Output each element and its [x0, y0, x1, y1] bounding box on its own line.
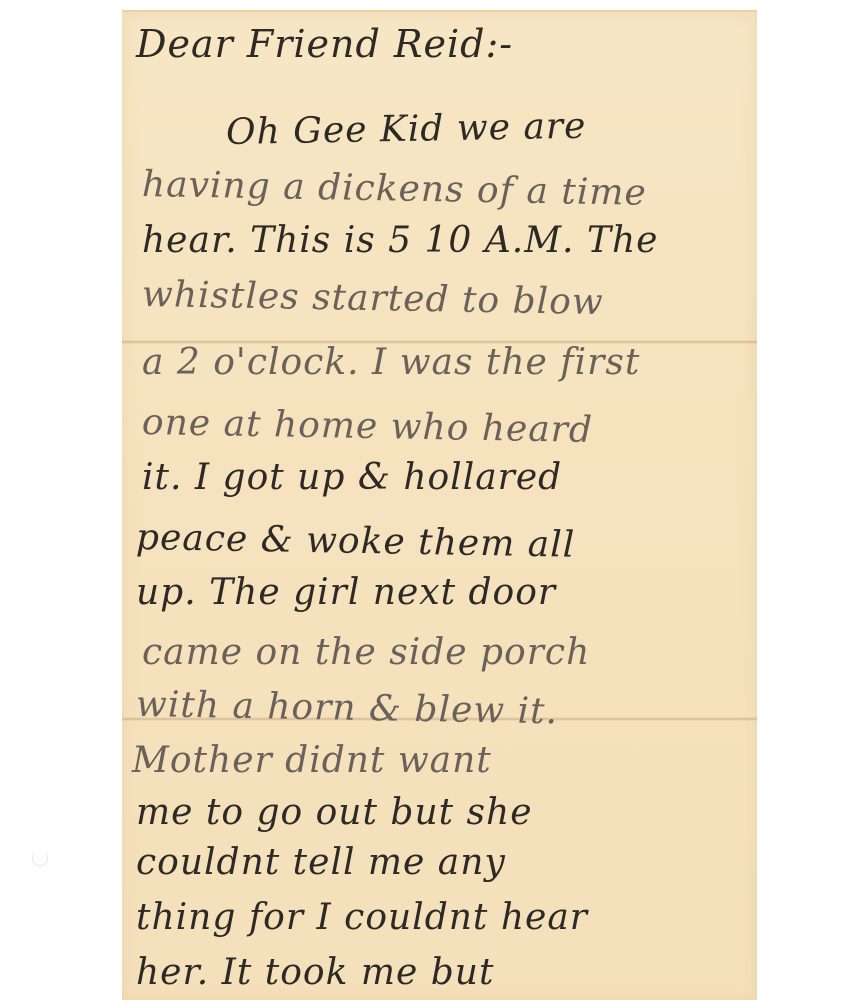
letter-salutation: Dear Friend Reid:-	[136, 22, 513, 66]
letter-line: one at home who heard	[142, 402, 594, 451]
letter-line: Mother didnt want	[132, 740, 492, 781]
letter-line: up. The girl next door	[136, 572, 556, 613]
letter-line: hear. This is 5 10 A.M. The	[142, 220, 658, 261]
letter-line: having a dickens of a time	[142, 164, 647, 214]
letter-line: it. I got up & hollared	[142, 457, 562, 498]
letter-line: me to go out but she	[136, 792, 533, 833]
letter-line: a 2 o'clock. I was the first	[142, 342, 640, 383]
letter-line: came on the side porch	[142, 632, 590, 673]
letter-line: couldnt tell me any	[136, 842, 506, 883]
letter-paper: Dear Friend Reid:- Oh Gee Kid we are hav…	[122, 10, 757, 1000]
letter-line: thing for I couldnt hear	[136, 897, 588, 938]
letter-line: peace & woke them all	[136, 517, 576, 566]
letter-line: her. It took me but	[136, 952, 494, 993]
letter-line: whistles started to blow	[142, 274, 604, 323]
letter-line: Oh Gee Kid we are	[226, 106, 587, 153]
page: Dear Friend Reid:- Oh Gee Kid we are hav…	[0, 0, 850, 1000]
stray-mark	[32, 855, 48, 866]
letter-line: with a horn & blew it.	[136, 684, 559, 732]
